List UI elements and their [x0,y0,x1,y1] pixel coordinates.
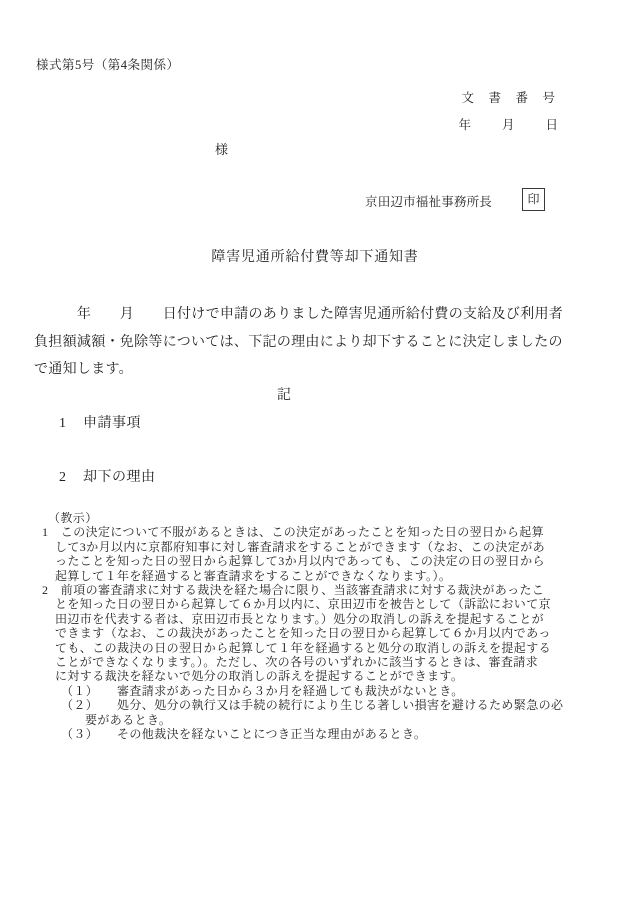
sender-title: 京田辺市福祉事務所長 [365,192,492,210]
section-number: 1 [59,416,83,432]
body-line: 年 月 日付けで申請のありました障害児通所給付費の支給及び利用者 [34,301,586,329]
section-rejection-reason: 2却下の理由 [59,466,156,486]
appeal-instructions-heading: （教示） [34,511,594,525]
instruction-line: 2 前項の審査請求に対する裁決を経た場合に限り、当該審査請求に対する裁決があった… [34,583,594,597]
seal-placeholder-box: 印 [522,188,545,211]
instruction-line: 田辺市を代表する者は、京田辺市長となります。）処分の取消しの訴えを提起することが [34,612,594,626]
document-title: 障害児通所給付費等却下通知書 [0,246,630,266]
instruction-line: とを知った日の翌日から起算して６か月以内に、京田辺市を被告として（訴訟において京 [34,597,594,611]
instruction-line: 1 この決定について不服があるときは、この決定があったことを知った日の翌日から起… [34,525,594,539]
section-number: 2 [59,470,83,486]
form-style-label: 様式第5号（第4条関係） [36,55,180,73]
section-label: 却下の理由 [83,470,156,485]
notification-body: 年 月 日付けで申請のありました障害児通所給付費の支給及び利用者 負担額減額・免… [34,301,586,384]
instruction-subitem-2: （２） 処分、処分の執行又は手続の続行により生じる著しい損害を避けるため緊急の必 [34,698,594,712]
addressee-suffix: 様 [215,139,228,158]
instruction-line: 要があるとき。 [34,713,594,727]
instruction-line: ことができなくなります。）。ただし、次の各号のいずれかに該当するときは、審査請求 [34,655,594,669]
appeal-instructions-block: （教示） 1 この決定について不服があるときは、この決定があったことを知った日の… [34,511,594,742]
body-line: で通知します。 [34,356,586,384]
instruction-line: に対する裁決を経ないで処分の取消しの訴えを提起することができます。 [34,669,594,683]
instruction-subitem-1: （１） 審査請求があった日から３か月を経過しても裁決がないとき。 [34,684,594,698]
document-page: 様式第5号（第4条関係） 文 書 番 号 年 月 日 様 京田辺市福祉事務所長 … [0,0,630,915]
instruction-subitem-3: （３） その他裁決を経ないことにつき正当な理由があるとき。 [34,727,594,741]
date-placeholder: 年 月 日 [0,115,630,133]
section-label: 申請事項 [83,416,141,431]
instruction-line: して3か月以内に京都府知事に対し審査請求をすることができます（なお、この決定があ [34,540,594,554]
document-number-placeholder: 文 書 番 号 [0,88,630,106]
body-line: 負担額減額・免除等については、下記の理由により却下することに決定しましたの [34,329,586,357]
instruction-line: ったことを知った日の翌日から起算して3か月以内であっても、この決定の日の翌日から [34,554,594,568]
instruction-line: できます（なお、この裁決があったことを知った日の翌日から起算して６か月以内であっ [34,626,594,640]
section-application-items: 1申請事項 [59,412,141,432]
record-marker: 記 [34,384,534,404]
instruction-line: ても、この裁決の日の翌日から起算して１年を経過すると処分の取消しの訴えを提起する [34,641,594,655]
instruction-line: 起算して１年を経過すると審査請求をすることができなくなります。）。 [34,569,594,583]
